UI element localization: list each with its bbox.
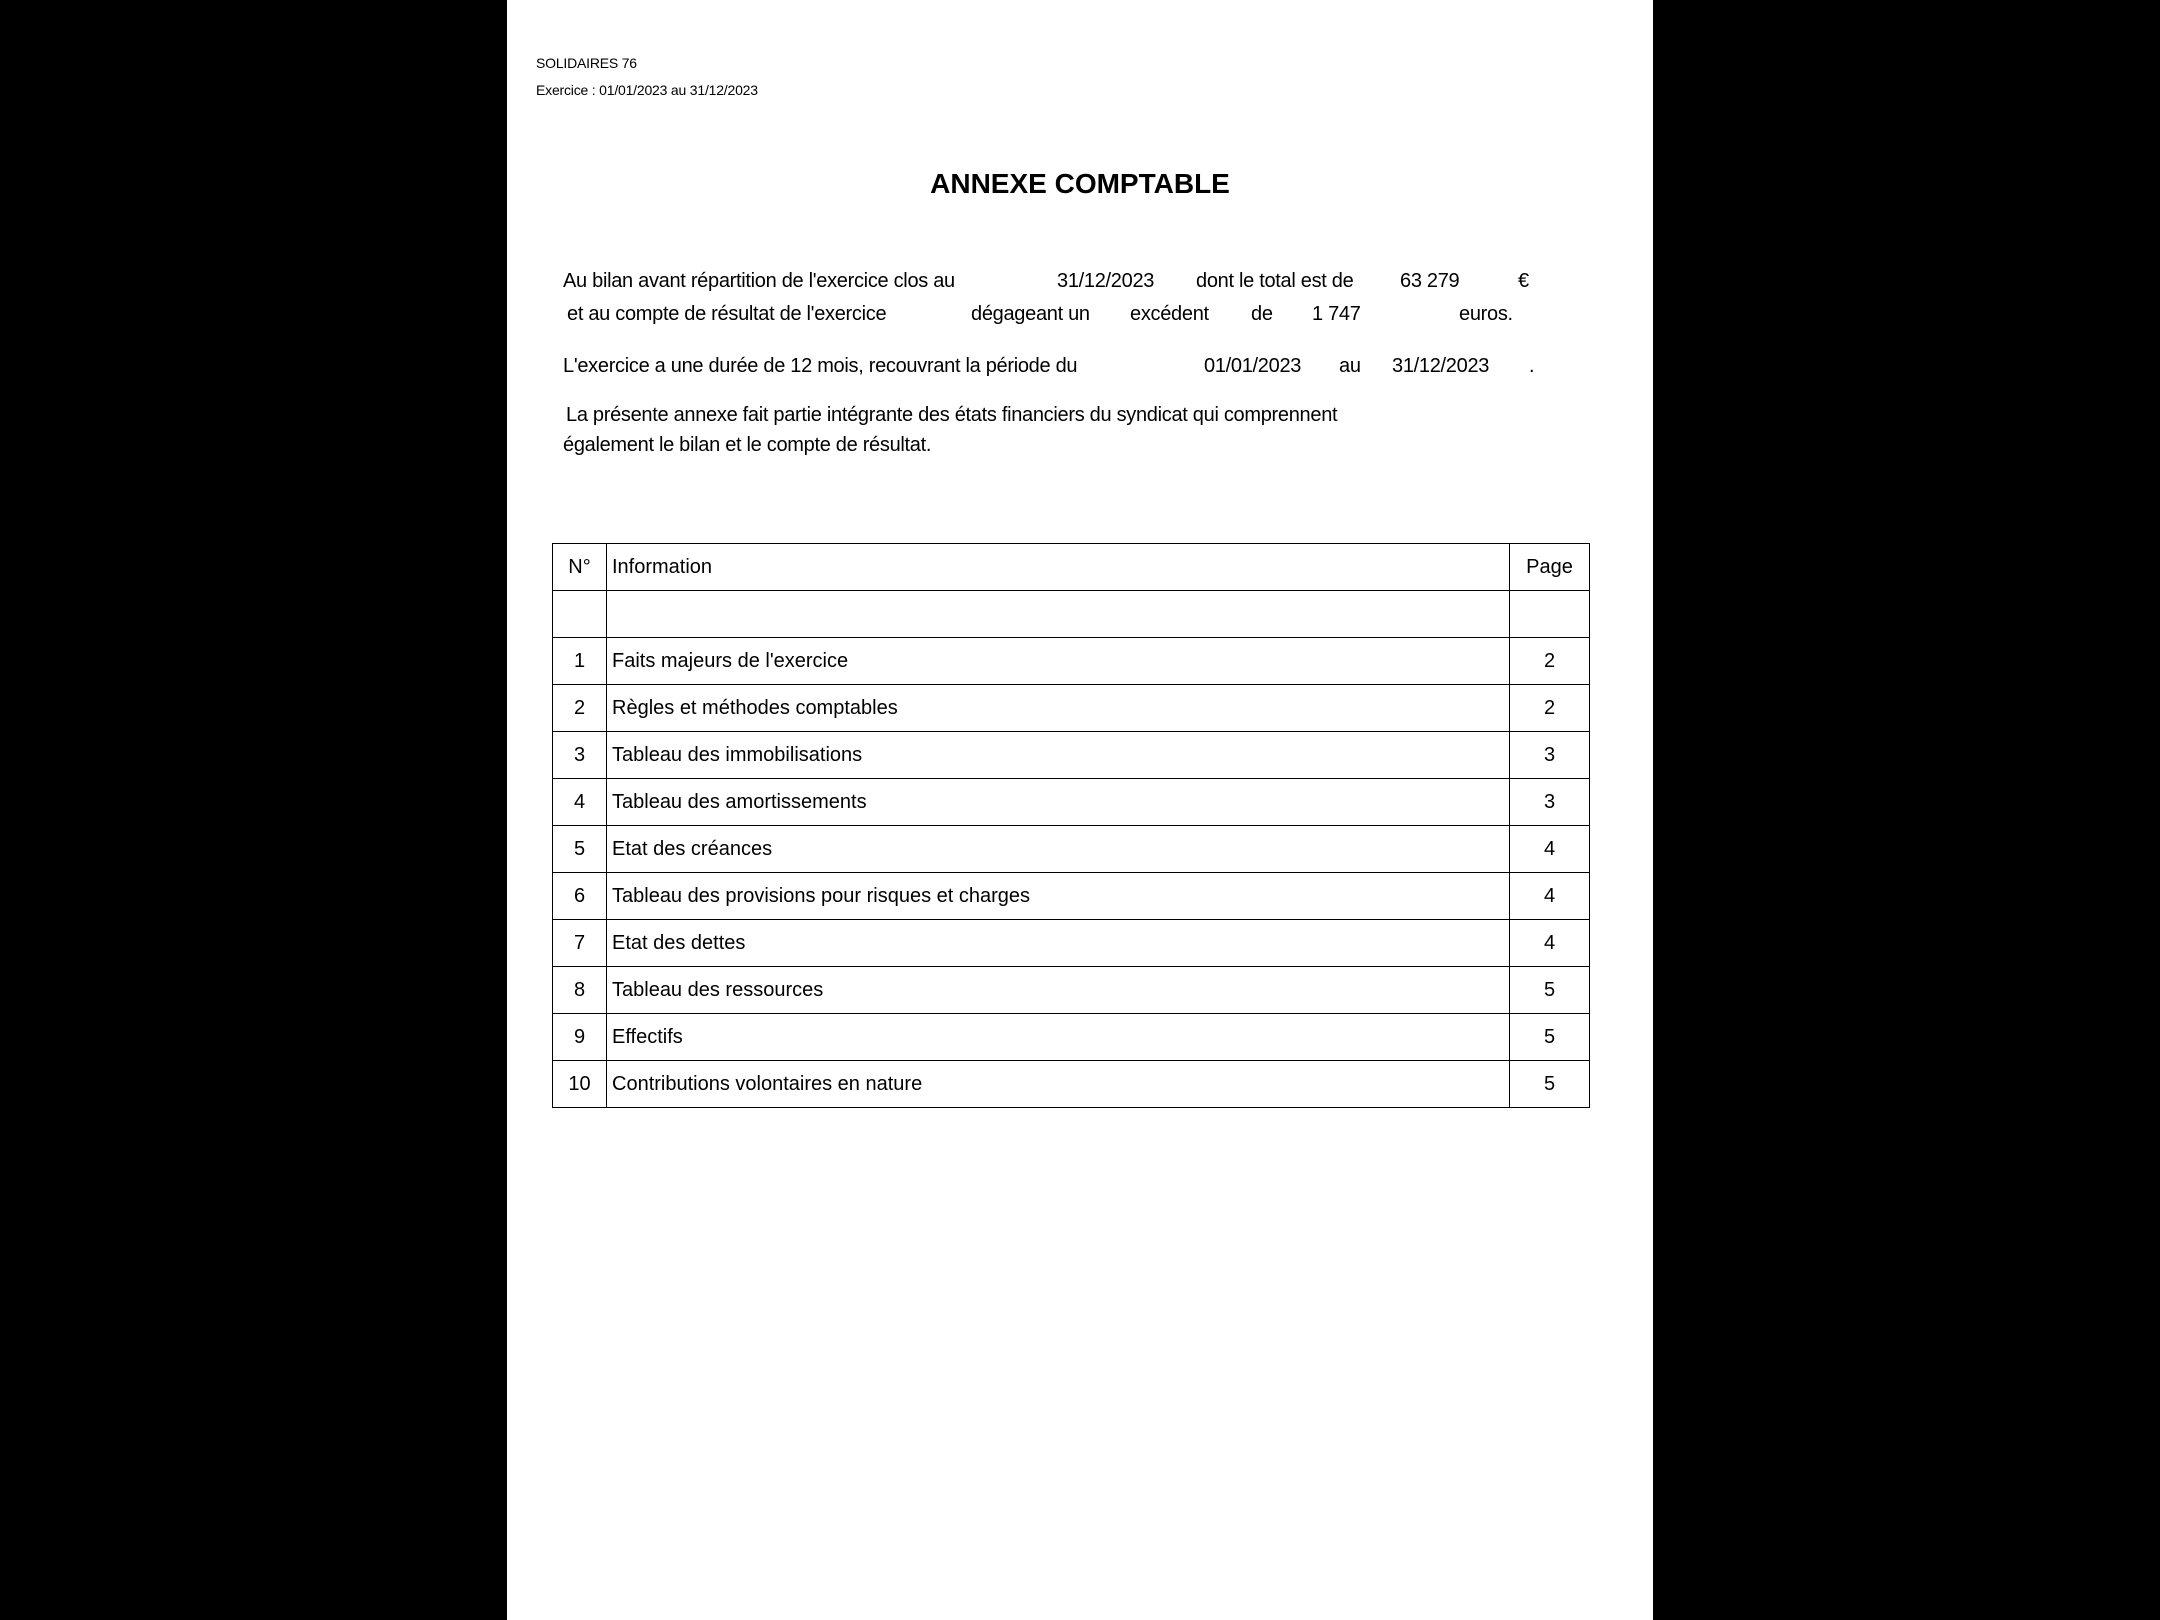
row-information: Tableau des ressources [607,967,1510,1014]
table-blank-row [553,591,1590,638]
row-page: 4 [1510,873,1590,920]
row-page: 3 [1510,732,1590,779]
table-row: 6Tableau des provisions pour risques et … [553,873,1590,920]
row-number: 7 [553,920,607,967]
table-row: 9Effectifs5 [553,1014,1590,1061]
result-amount: 1 747 [1312,303,1361,326]
row-number: 9 [553,1014,607,1061]
row-information: Contributions volontaires en nature [607,1061,1510,1108]
table-header-row: N° Information Page [553,544,1590,591]
intro-text: au [1339,355,1361,378]
row-number: 4 [553,779,607,826]
row-page: 3 [1510,779,1590,826]
row-page: 2 [1510,638,1590,685]
row-information: Etat des créances [607,826,1510,873]
row-page: 5 [1510,967,1590,1014]
annex-contents-table: N° Information Page 1Faits majeurs de l'… [552,543,1590,1108]
intro-text: de [1251,303,1273,326]
period-end-date: 31/12/2023 [1392,355,1489,378]
row-number: 5 [553,826,607,873]
balance-total: 63 279 [1400,270,1459,293]
annex-paragraph-line-1: La présente annexe fait partie intégrant… [566,404,1337,427]
intro-text: . [1529,355,1534,378]
result-unit: euros. [1459,303,1513,326]
currency-symbol: € [1518,270,1529,293]
period-start-date: 01/01/2023 [1204,355,1301,378]
table-row: 7Etat des dettes4 [553,920,1590,967]
document-page: SOLIDAIRES 76 Exercice : 01/01/2023 au 3… [507,0,1653,1620]
row-information: Tableau des provisions pour risques et c… [607,873,1510,920]
fiscal-period: Exercice : 01/01/2023 au 31/12/2023 [536,82,758,98]
annex-paragraph-line-2: également le bilan et le compte de résul… [563,434,931,457]
header-page: Page [1510,544,1590,591]
result-type: excédent [1130,303,1209,326]
closing-date: 31/12/2023 [1057,270,1154,293]
page-title: ANNEXE COMPTABLE [569,168,1591,200]
row-page: 4 [1510,920,1590,967]
row-number: 8 [553,967,607,1014]
row-number: 3 [553,732,607,779]
row-information: Tableau des immobilisations [607,732,1510,779]
row-page: 2 [1510,685,1590,732]
table-row: 3Tableau des immobilisations3 [553,732,1590,779]
table-row: 10Contributions volontaires en nature5 [553,1061,1590,1108]
intro-text: Au bilan avant répartition de l'exercice… [563,270,955,293]
organization-name: SOLIDAIRES 76 [536,55,637,71]
row-number: 1 [553,638,607,685]
intro-text: et au compte de résultat de l'exercice [567,303,886,326]
row-page: 4 [1510,826,1590,873]
row-page: 5 [1510,1061,1590,1108]
table-row: 2Règles et méthodes comptables2 [553,685,1590,732]
intro-text: L'exercice a une durée de 12 mois, recou… [563,355,1077,378]
row-number: 6 [553,873,607,920]
intro-text: dont le total est de [1196,270,1353,293]
header-information: Information [607,544,1510,591]
header-number: N° [553,544,607,591]
row-information: Etat des dettes [607,920,1510,967]
row-number: 2 [553,685,607,732]
intro-text: dégageant un [971,303,1090,326]
row-information: Règles et méthodes comptables [607,685,1510,732]
row-number: 10 [553,1061,607,1108]
row-information: Faits majeurs de l'exercice [607,638,1510,685]
table-row: 4Tableau des amortissements3 [553,779,1590,826]
row-information: Tableau des amortissements [607,779,1510,826]
table-row: 5Etat des créances4 [553,826,1590,873]
table-row: 1Faits majeurs de l'exercice2 [553,638,1590,685]
row-page: 5 [1510,1014,1590,1061]
table-row: 8Tableau des ressources5 [553,967,1590,1014]
row-information: Effectifs [607,1014,1510,1061]
